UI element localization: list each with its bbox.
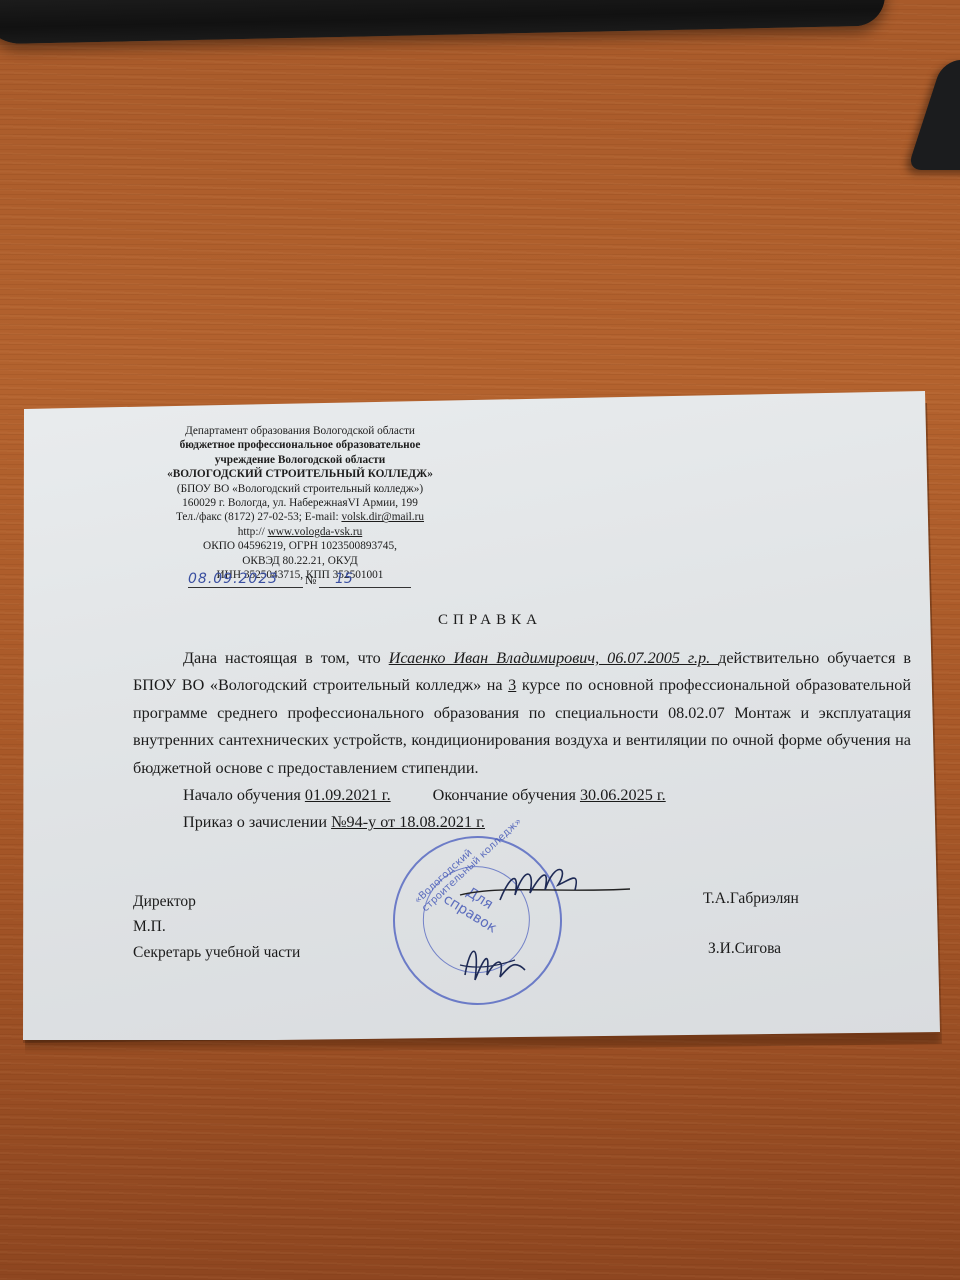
- number-label: №: [305, 573, 316, 588]
- letterhead-org-type: бюджетное профессиональное образовательн…: [150, 438, 450, 452]
- phone-text: Тел./факс (8172) 27-02-53; E-mail:: [176, 511, 342, 523]
- letterhead-department: Департамент образования Вологодской обла…: [150, 424, 450, 438]
- letterhead-short-name: (БПОУ ВО «Вологодский строительный колле…: [150, 482, 450, 496]
- secretary-signature: [455, 935, 535, 995]
- order-value: №94-у от 18.08.2021 г.: [331, 813, 485, 831]
- letterhead-web: http:// www.vologda-vsk.ru: [150, 525, 450, 539]
- start-date: 01.09.2021 г.: [305, 786, 391, 804]
- intro-text: Дана настоящая в том, что: [183, 649, 389, 667]
- end-label: Окончание обучения: [433, 786, 580, 804]
- letterhead-org-name: «ВОЛОГОДСКИЙ СТРОИТЕЛЬНЫЙ КОЛЛЕДЖ»: [150, 467, 450, 481]
- letterhead-address: 160029 г. Вологда, ул. НабережнаяVI Арми…: [150, 496, 450, 510]
- end-date: 30.06.2025 г.: [580, 786, 666, 804]
- document-title: СПРАВКА: [380, 612, 600, 629]
- student-name: Исаенко Иван Владимирович, 06.07.2005 г.…: [389, 649, 718, 667]
- secretary-name: З.И.Сигова: [708, 940, 781, 958]
- seal-label: М.П.: [133, 918, 166, 936]
- keyboard-wrist-rest: [0, 0, 885, 44]
- keyboard-corner: [907, 60, 960, 170]
- handwritten-date: 08.09.2023: [188, 571, 303, 588]
- letterhead-contacts: Тел./факс (8172) 27-02-53; E-mail: volsk…: [150, 510, 450, 524]
- director-name: Т.А.Габриэлян: [703, 890, 799, 908]
- document-reference: 08.09.2023 № 15: [183, 573, 413, 591]
- order-label: Приказ о зачислении: [183, 813, 331, 831]
- start-label: Начало обучения: [183, 786, 305, 804]
- handwritten-number: 15: [319, 571, 411, 588]
- director-signature: [440, 855, 640, 915]
- website-link[interactable]: www.vologda-vsk.ru: [268, 526, 363, 538]
- web-prefix: http://: [238, 526, 268, 538]
- letterhead-codes-1: ОКПО 04596219, ОГРН 1023500893745,: [150, 539, 450, 553]
- main-paragraph: Дана настоящая в том, что Исаенко Иван В…: [133, 645, 911, 782]
- director-label: Директор: [133, 893, 196, 911]
- letterhead-codes-2: ОКВЭД 80.22.21, ОКУД: [150, 554, 450, 568]
- secretary-label: Секретарь учебной части: [133, 944, 300, 962]
- email-link[interactable]: volsk.dir@mail.ru: [341, 511, 424, 523]
- letterhead: Департамент образования Вологодской обла…: [150, 424, 450, 582]
- letterhead-org-region: учреждение Вологодской области: [150, 453, 450, 467]
